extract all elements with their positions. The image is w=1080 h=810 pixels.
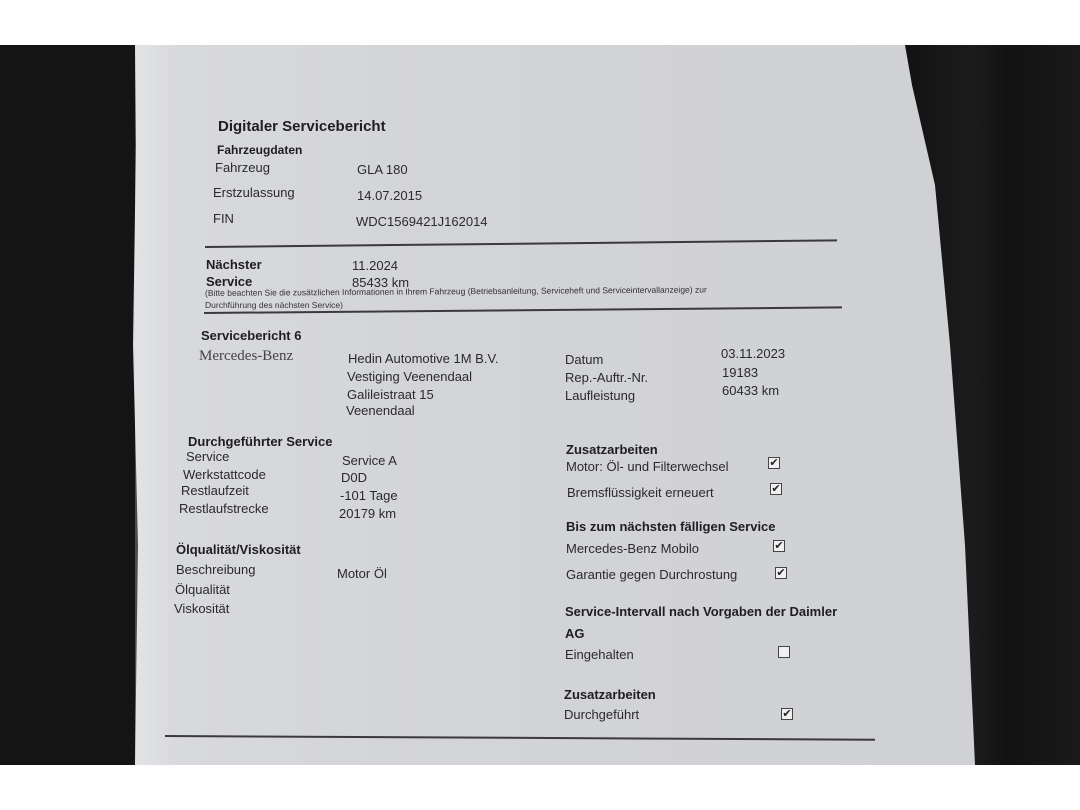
oil-filter-change-checkbox[interactable]: ✔ — [768, 457, 780, 469]
vin-value: WDC1569421J162014 — [356, 214, 488, 229]
date-label: Datum — [565, 352, 603, 367]
brake-fluid-checkbox[interactable]: ✔ — [770, 483, 782, 495]
workshop-code-label: Werkstattcode — [183, 467, 266, 482]
mileage-label: Laufleistung — [565, 388, 635, 403]
performed-service-heading: Durchgeführter Service — [188, 434, 333, 449]
viscosity-label: Viskosität — [174, 601, 229, 616]
rust-warranty-label: Garantie gegen Durchrostung — [566, 567, 737, 582]
dealer-street: Galileistraat 15 — [347, 387, 434, 402]
vin-label: FIN — [213, 211, 234, 226]
remaining-distance-label: Restlaufstrecke — [179, 501, 269, 516]
repair-order-value: 19183 — [722, 365, 758, 380]
performed-label: Durchgeführt — [564, 707, 639, 722]
repair-order-label: Rep.-Auftr.-Nr. — [565, 370, 648, 385]
extra-work-heading: Zusatzarbeiten — [564, 687, 656, 702]
mileage-value: 60433 km — [722, 383, 779, 398]
oil-filter-change-label: Motor: Öl- und Filterwechsel — [566, 459, 729, 474]
oil-description-value: Motor Öl — [337, 566, 387, 581]
paper-fold-highlight — [135, 45, 175, 765]
mobilo-checkbox[interactable]: ✔ — [773, 540, 785, 552]
next-service-label-line1: Nächster — [206, 257, 262, 272]
workshop-code-value: D0D — [341, 470, 367, 485]
next-service-note-line2: Durchführung des nächsten Service) — [205, 300, 343, 310]
service-interval-heading-line2: AG — [565, 626, 585, 641]
oil-heading: Ölqualität/Viskosität — [176, 542, 301, 557]
interval-met-label: Eingehalten — [565, 647, 634, 662]
oil-quality-label: Ölqualität — [175, 582, 230, 597]
date-value: 03.11.2023 — [721, 346, 785, 361]
first-registration-label: Erstzulassung — [213, 185, 295, 200]
vehicle-value: GLA 180 — [357, 162, 408, 177]
brake-fluid-label: Bremsflüssigkeit erneuert — [567, 485, 714, 500]
performed-checkbox[interactable]: ✔ — [781, 708, 793, 720]
dealer-city: Veenendaal — [346, 403, 415, 418]
document-title: Digitaler Servicebericht — [218, 118, 386, 135]
vehicle-label: Fahrzeug — [215, 160, 270, 175]
service-type-label: Service — [186, 449, 229, 464]
additional-work-heading: Zusatzarbeiten — [566, 442, 658, 457]
vehicle-data-heading: Fahrzeugdaten — [217, 143, 302, 157]
service-type-value: Service A — [342, 453, 397, 468]
rust-warranty-checkbox[interactable]: ✔ — [775, 567, 787, 579]
oil-description-label: Beschreibung — [176, 562, 256, 577]
interval-met-checkbox[interactable] — [778, 646, 790, 658]
service-interval-heading-line1: Service-Intervall nach Vorgaben der Daim… — [565, 604, 837, 619]
first-registration-value: 14.07.2015 — [357, 188, 422, 203]
brand-wordmark: Mercedes-Benz — [199, 348, 293, 365]
service-report-heading: Servicebericht 6 — [201, 328, 301, 343]
dealer-branch: Vestiging Veenendaal — [347, 369, 472, 384]
remaining-distance-value: 20179 km — [339, 506, 396, 521]
dealer-name: Hedin Automotive 1M B.V. — [348, 351, 499, 366]
until-next-service-heading: Bis zum nächsten fälligen Service — [566, 519, 776, 534]
mobilo-label: Mercedes-Benz Mobilo — [566, 541, 699, 556]
remaining-time-label: Restlaufzeit — [181, 483, 249, 498]
document-photo: Digitaler Servicebericht Fahrzeugdaten F… — [0, 45, 1080, 765]
remaining-time-value: -101 Tage — [340, 488, 398, 503]
next-service-date: 11.2024 — [352, 258, 398, 273]
